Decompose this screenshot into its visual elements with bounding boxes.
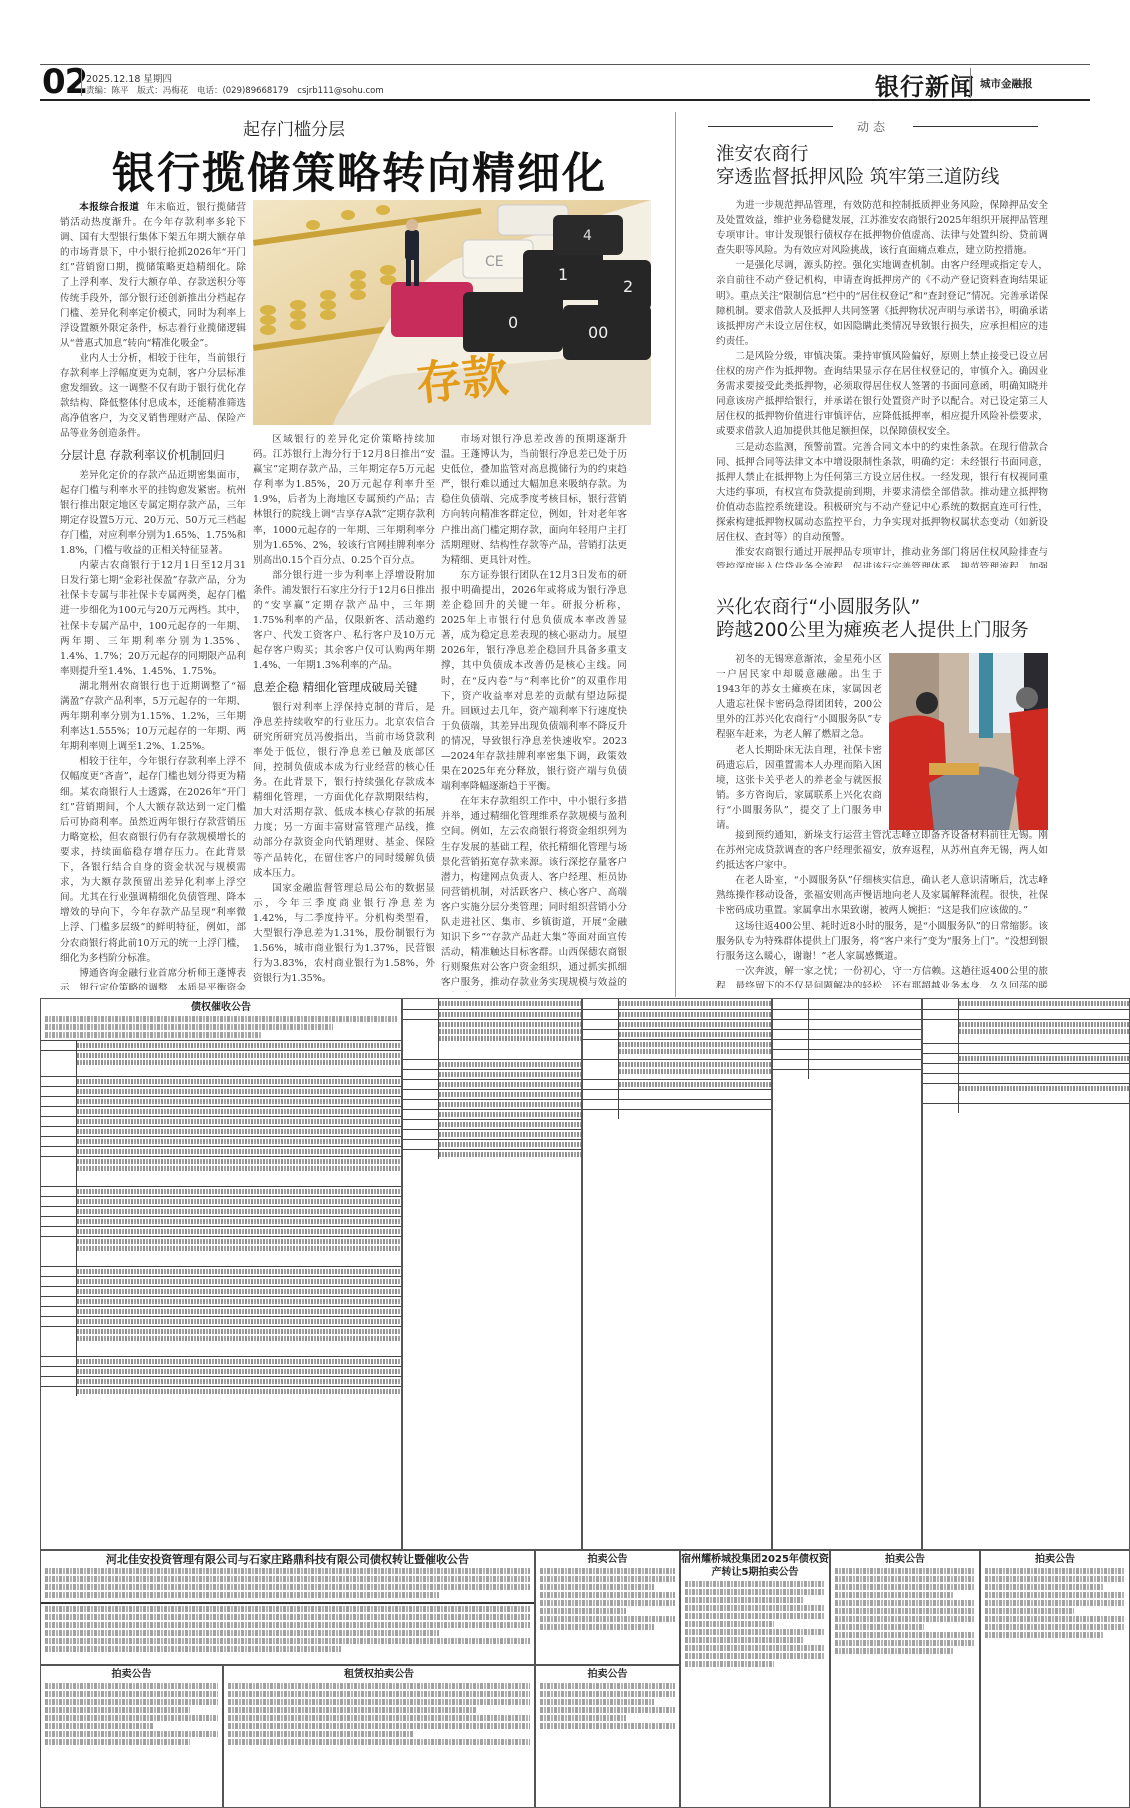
paragraph: 淮安农商银行通过开展押品专项审计，推动业务部门将居住权风险排查与管控深度嵌入信贷… — [716, 545, 1048, 568]
news2-headline-line2: 跨越200公里为瘫痪老人提供上门服务 — [716, 619, 1029, 642]
paragraph: 为进一步规范押品管理，有效防范和控制抵质押业务风险，保障押品安全及处置效益，维护… — [716, 198, 1048, 258]
paragraph: 内蒙古农商银行于12月1日至12月31日发行第七期“金彩社保盈”存款产品，分为社… — [60, 558, 246, 679]
notice-debt-collection: 债权催收公告 — [40, 998, 402, 1550]
notice-table-cont-2 — [582, 998, 772, 1550]
news-section-label: 动态 — [708, 118, 1038, 134]
svg-text:2: 2 — [623, 277, 633, 296]
section-subhead: 分层计息 存款利率议价机制回归 — [60, 448, 246, 463]
svg-text:CE: CE — [485, 254, 504, 270]
editor-credit: 责编：陈平 — [86, 86, 129, 96]
section-subhead: 息差企稳 精细化管理成破局关键 — [253, 680, 435, 695]
issue-date: 2025.12.18 星期四 — [86, 71, 172, 85]
news2-headline: 兴化农商行“小圆服务队” 跨越200公里为瘫痪老人提供上门服务 — [716, 596, 1029, 642]
news1-headline-line2: 穿透监督抵押风险 筑牢第三道防线 — [716, 166, 999, 189]
notice-auction-1: 拍卖公告 — [40, 1665, 223, 1808]
notice-auction-3: 拍卖公告 — [535, 1665, 680, 1808]
header-top-rule — [40, 64, 1090, 65]
lead-paragraph: 年末临近，银行揽储营销活动热度渐升。在今年存款利率多轮下调、国有大型银行集体下架… — [60, 202, 246, 349]
article-column-1: 本报综合报道 年末临近，银行揽储营销活动热度渐升。在今年存款利率多轮下调、国有大… — [60, 200, 246, 990]
news1-headline-line1: 淮安农商行 — [716, 143, 999, 166]
label-rule-right — [913, 126, 1038, 127]
notice-auction-5: 拍卖公告 — [980, 1550, 1130, 1808]
paragraph: 市场对银行净息差改善的预期逐渐升温。王蓬博认为，当前银行净息差已处于历史低位，叠… — [441, 432, 627, 568]
paper-name: 城市金融报 — [980, 76, 1033, 91]
layout-credit: 版式：冯梅花 — [137, 86, 188, 96]
svg-text:4: 4 — [583, 228, 592, 244]
phone-contact: 电话：(029)89668179 — [197, 86, 289, 96]
classified-notices-area: 债权催收公告 — [40, 998, 1130, 1808]
column-divider — [675, 112, 676, 997]
header-divider — [81, 68, 82, 96]
notice-auction-2: 拍卖公告 — [535, 1550, 680, 1665]
article-column-2: 区域银行的差异化定价策略持续加码。江苏银行上海分行于12月8日推出“安赢宝”定期… — [253, 432, 435, 992]
service-team-image — [889, 653, 1048, 830]
paragraph: 差异化定价的存款产品近期密集面市，起存门槛与利率水平的挂钩愈发紧密。杭州银行推出… — [60, 468, 246, 559]
notice-suzhou-asset-auction: 宿州耀桥城投集团2025年债权资产转让5期拍卖公告 — [680, 1550, 830, 1808]
svg-text:0: 0 — [508, 313, 518, 332]
notice-debt-transfer: 河北佳安投资管理有限公司与石家庄路鼎科技有限公司债权转让暨催收公告 — [40, 1550, 535, 1665]
header-bottom-rule — [40, 99, 1090, 101]
section-divider — [970, 68, 971, 98]
svg-text:00: 00 — [588, 323, 608, 342]
article-photo: CE 0 1 4 2 00 存款 — [253, 200, 651, 425]
paragraph: 湖北荆州农商银行也于近期调整了“福满盈”存款产品利率，5万元起存的一年期、两年期… — [60, 679, 246, 754]
notice-auction-4: 拍卖公告 — [830, 1550, 980, 1808]
lead-label: 本报综合报道 — [79, 202, 139, 213]
notice-lease-auction: 租赁权拍卖公告 — [223, 1665, 535, 1808]
section-title: 银行新闻 — [875, 67, 975, 102]
notice-table-cont-4 — [922, 998, 1130, 1550]
news2-headline-line1: 兴化农商行“小圆服务队” — [716, 596, 1029, 619]
paragraph: 业内人士分析，相较于往年，当前银行存款利率上浮幅度更为克制，客户分层标准愈发细致… — [60, 351, 246, 442]
notice-title: 拍卖公告 — [536, 1666, 679, 1681]
paragraph: 国家金融监督管理总局公布的数据显示，今年三季度商业银行净息差为1.42%，与二季… — [253, 881, 435, 987]
news1-body: 为进一步规范押品管理，有效防范和控制抵质押业务风险，保障押品安全及处置效益，维护… — [716, 198, 1048, 568]
deposit-caption: 存款 — [414, 348, 511, 411]
paragraph: 老人长期卧床无法自理，社保卡密码遗忘后，因重置需本人办理而陷入困境，这张卡关乎老… — [716, 743, 882, 834]
notice-table-cont-1 — [402, 998, 582, 1550]
paragraph: 在年末存款组织工作中，中小银行多措并举，通过精细化管理维系存款规模与盈利空间。例… — [441, 794, 627, 992]
article-kicker: 起存门槛分层 — [243, 115, 345, 140]
editorial-credits: 责编：陈平 版式：冯梅花 电话：(029)89668179 csjrb111@s… — [86, 84, 390, 96]
paragraph: 这场往返400公里、耗时近8小时的服务，是“小圆服务队”的日常缩影。该服务队专为… — [716, 919, 1048, 964]
news1-headline: 淮安农商行 穿透监督抵押风险 筑牢第三道防线 — [716, 143, 999, 189]
paragraph: 相较于往年，今年银行存款利率上浮不仅幅度更“吝啬”，起存门槛也划分得更为精细。某… — [60, 754, 246, 965]
paragraph: 接到预约通知，新垛支行运营主管沈志峰立即备齐设备材料前往无锡。刚在苏州完成贷款调… — [716, 828, 1048, 873]
paragraph: 在老人卧室，“小圆服务队”仔细核实信息，确认老人意识清晰后，沈志峰熟练操作移动设… — [716, 873, 1048, 918]
notice-title: 河北佳安投资管理有限公司与石家庄路鼎科技有限公司债权转让暨催收公告 — [41, 1551, 534, 1566]
notice-title: 债权催收公告 — [41, 999, 401, 1014]
paragraph: 一是强化尽调，源头防控。强化实地调查机制。由客户经理或指定专人，亲自前往不动产登… — [716, 258, 1048, 349]
paragraph: 区域银行的差异化定价策略持续加码。江苏银行上海分行于12月8日推出“安赢宝”定期… — [253, 432, 435, 568]
news2-body-wide: 接到预约通知，新垛支行运营主管沈志峰立即备齐设备材料前往无锡。刚在苏州完成贷款调… — [716, 828, 1048, 988]
notice-title: 拍卖公告 — [536, 1551, 679, 1566]
paragraph: 一次奔波，解一家之忧；一份初心，守一方信赖。这趟往返400公里的旅程，最终留下的… — [716, 964, 1048, 988]
notice-title: 拍卖公告 — [831, 1551, 979, 1566]
email-contact[interactable]: csjrb111@sohu.com — [297, 86, 383, 96]
notice-title: 拍卖公告 — [981, 1551, 1129, 1566]
notice-title: 拍卖公告 — [41, 1666, 222, 1681]
calculator-figurine-image: CE 0 1 4 2 00 存款 — [253, 200, 651, 425]
paragraph: 初冬的无锡寒意渐浓，金星苑小区一户居民家中却暖意融融。出生于1943年的苏女士瘫… — [716, 652, 882, 743]
news2-photo — [889, 653, 1048, 830]
article-column-3: 市场对银行净息差改善的预期逐渐升温。王蓬博认为，当前银行净息差已处于历史低位，叠… — [441, 432, 627, 992]
paragraph: 二是风险分级，审慎决策。秉持审慎风险偏好，原则上禁止接受已设立居住权的房产作为抵… — [716, 349, 1048, 440]
paragraph: 部分银行进一步为利率上浮增设附加条件。浦发银行石家庄分行于12月6日推出的“安享… — [253, 568, 435, 674]
paragraph: 银行对利率上浮保持克制的背后，是净息差持续收窄的行业压力。北京农信合研究所研究员… — [253, 700, 435, 881]
paragraph: 三是动态监测，预警前置。完善合同文本中的约束性条款。在现行借款合同、抵押合同等法… — [716, 440, 1048, 546]
notice-title: 租赁权拍卖公告 — [224, 1666, 534, 1681]
article-headline: 银行揽储策略转向精细化 — [112, 140, 607, 201]
svg-text:1: 1 — [558, 265, 568, 284]
paragraph: 东方证券银行团队在12月3日发布的研报中明确提出，2026年或将成为银行净息差企… — [441, 568, 627, 794]
notice-table-cont-3 — [772, 998, 922, 1550]
notice-title: 宿州耀桥城投集团2025年债权资产转让5期拍卖公告 — [681, 1551, 829, 1579]
paragraph: 博通咨询金融行业首席分析师王蓬博表示，银行定价策略的调整，本质是平衡资金成本与客… — [60, 966, 246, 990]
